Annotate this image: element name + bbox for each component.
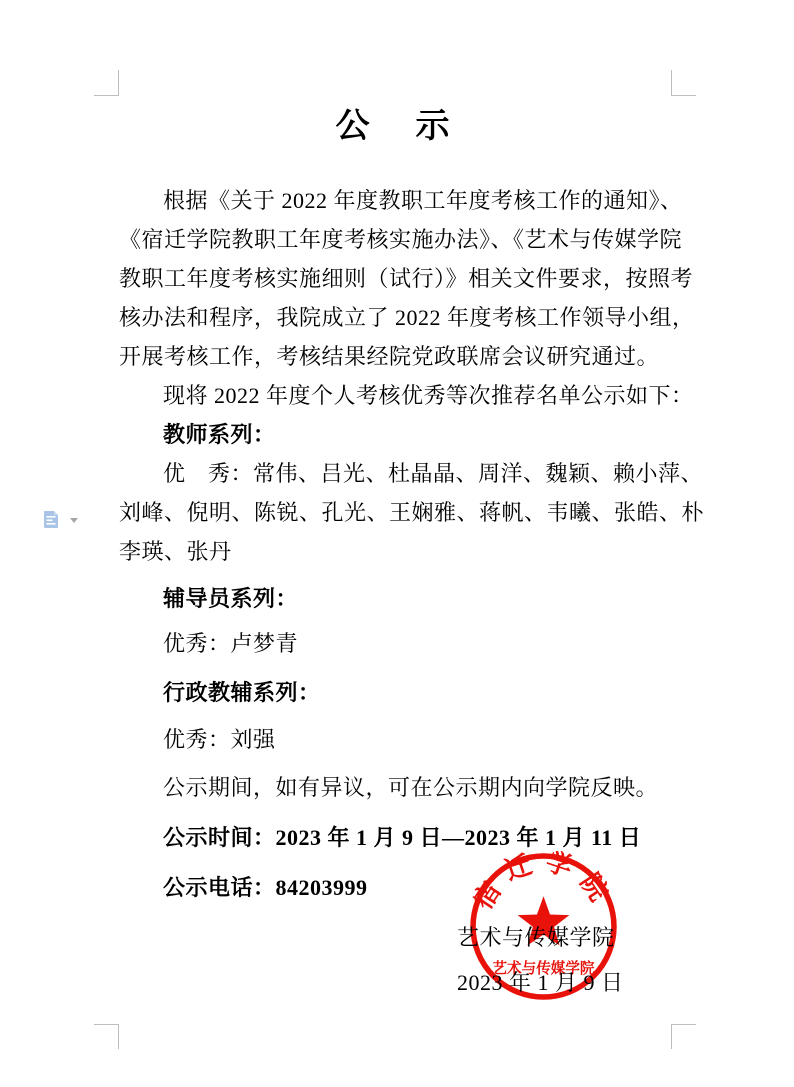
name-list-line: 李瑛、张丹 <box>119 532 672 571</box>
paste-options-button[interactable] <box>42 506 86 534</box>
paste-options-icon <box>42 509 62 531</box>
name-list-line: 优秀：卢梦青 <box>119 624 672 663</box>
signature-date: 2023 年 1 月 9 日 <box>457 963 672 1002</box>
page-title: 公 示 <box>119 103 672 151</box>
paragraph-line: 现将 2022 年度个人考核优秀等次推荐名单公示如下： <box>119 376 672 415</box>
section-heading-teachers: 教师系列： <box>119 415 672 454</box>
paragraph-line: 教职工年度考核实施细则（试行）》相关文件要求，按照考 <box>119 259 672 298</box>
section-heading-admin: 行政教辅系列： <box>119 673 672 712</box>
crop-mark-top-left <box>118 70 119 95</box>
document-content: 公 示 根据《关于 2022 年度教职工年度考核工作的通知》、 《宿迁学院教职工… <box>119 95 672 1002</box>
paragraph-line: 《宿迁学院教职工年度考核实施办法》、《艺术与传媒学院 <box>119 220 672 259</box>
crop-mark-bottom-left <box>118 1024 119 1049</box>
crop-mark-top-right <box>671 70 672 95</box>
crop-mark-top-right <box>671 95 696 96</box>
name-list-line: 优 秀：常伟、吕光、杜晶晶、周洋、魏颖、赖小萍、 <box>119 454 672 493</box>
name-list-line: 优秀：刘强 <box>119 720 672 759</box>
objection-note: 公示期间，如有异议，可在公示期内向学院反映。 <box>119 768 672 807</box>
crop-mark-bottom-right <box>671 1024 696 1025</box>
paragraph-line: 核办法和程序，我院成立了 2022 年度考核工作领导小组， <box>119 298 672 337</box>
name-list-line: 刘峰、倪明、陈锐、孔光、王娴雅、蒋帆、韦曦、张皓、朴 <box>119 493 672 532</box>
paragraph-line: 开展考核工作，考核结果经院党政联席会议研究通过。 <box>119 337 672 376</box>
publicity-period: 公示时间：2023 年 1 月 9 日—2023 年 1 月 11 日 <box>119 818 672 857</box>
publicity-phone: 公示电话：84203999 <box>119 868 672 907</box>
dropdown-arrow-icon <box>70 518 78 523</box>
crop-mark-bottom-right <box>671 1024 672 1049</box>
section-heading-counselors: 辅导员系列： <box>119 579 672 618</box>
crop-mark-top-left <box>94 95 119 96</box>
signature-unit: 艺术与传媒学院 <box>457 918 672 957</box>
paragraph-line: 根据《关于 2022 年度教职工年度考核工作的通知》、 <box>119 181 672 220</box>
document-page: 公 示 根据《关于 2022 年度教职工年度考核工作的通知》、 《宿迁学院教职工… <box>0 0 794 1087</box>
crop-mark-bottom-left <box>94 1024 119 1025</box>
